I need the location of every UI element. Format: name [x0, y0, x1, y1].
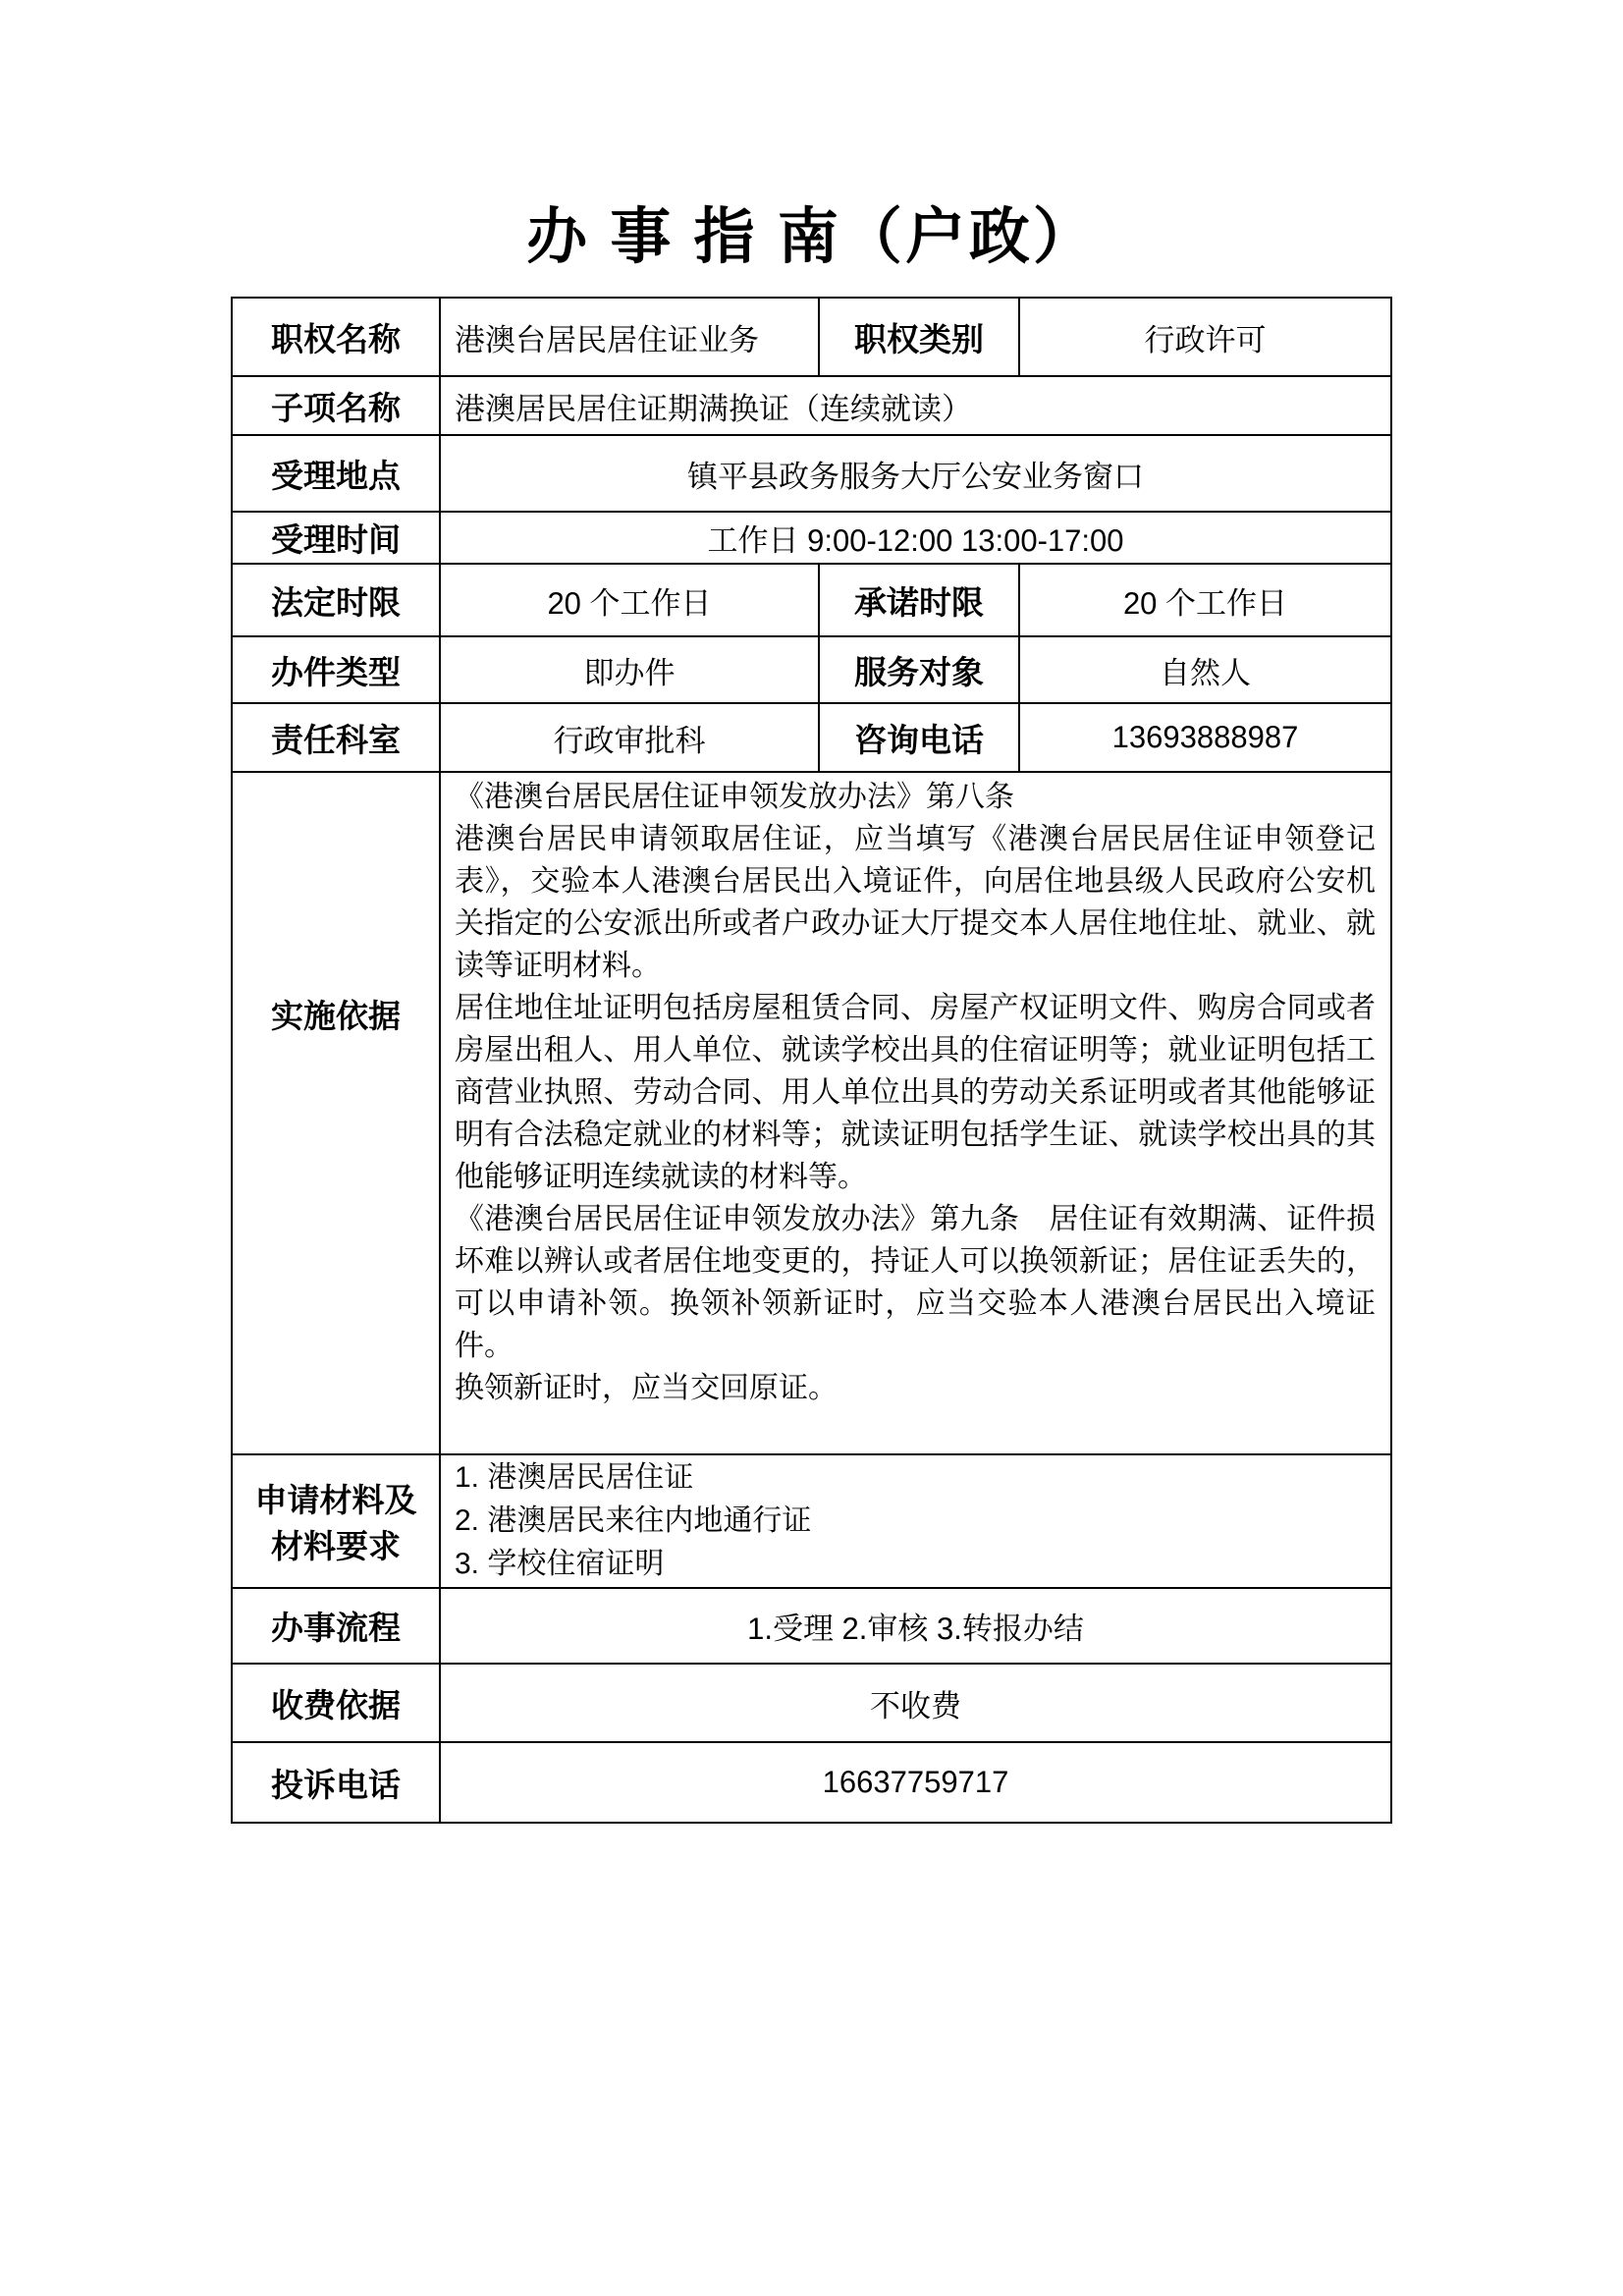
- statutory-limit-value: 20 个工作日: [440, 564, 819, 636]
- promised-limit-value: 20 个工作日: [1019, 564, 1391, 636]
- table-row: 职权名称 港澳台居民居住证业务 职权类别 行政许可: [232, 298, 1391, 376]
- fee-basis-label: 收费依据: [232, 1664, 440, 1742]
- guide-table: 职权名称 港澳台居民居住证业务 职权类别 行政许可 子项名称 港澳居民居住证期满…: [231, 297, 1392, 1824]
- accept-time-label: 受理时间: [232, 512, 440, 564]
- basis-paragraph: 换领新证时，应当交回原证。: [455, 1367, 1376, 1409]
- table-row: 责任科室 行政审批科 咨询电话 13693888987: [232, 703, 1391, 772]
- basis-paragraph: 《港澳台居民居住证申领发放办法》第九条 居住证有效期满、证件损坏难以辨认或者居住…: [455, 1198, 1376, 1367]
- complaint-phone-label: 投诉电话: [232, 1742, 440, 1823]
- table-row: 收费依据 不收费: [232, 1664, 1391, 1742]
- service-target-label: 服务对象: [819, 636, 1019, 703]
- table-row: 受理时间 工作日 9:00-12:00 13:00-17:00: [232, 512, 1391, 564]
- application-materials-label: 申请材料及材料要求: [232, 1454, 440, 1588]
- statutory-limit-label: 法定时限: [232, 564, 440, 636]
- accept-location-label: 受理地点: [232, 435, 440, 512]
- power-type-label: 职权类别: [819, 298, 1019, 376]
- implementation-basis-label: 实施依据: [232, 772, 440, 1454]
- service-target-value: 自然人: [1019, 636, 1391, 703]
- accept-time-value: 工作日 9:00-12:00 13:00-17:00: [440, 512, 1391, 564]
- basis-paragraph: 居住地住址证明包括房屋租赁合同、房屋产权证明文件、购房合同或者房屋出租人、用人单…: [455, 987, 1376, 1198]
- table-row: 投诉电话 16637759717: [232, 1742, 1391, 1823]
- accept-location-value: 镇平县政务服务大厅公安业务窗口: [440, 435, 1391, 512]
- basis-paragraph: 《港澳台居民居住证申领发放办法》第八条: [455, 776, 1376, 818]
- process-flow-value: 1.受理 2.审核 3.转报办结: [440, 1588, 1391, 1664]
- responsible-dept-value: 行政审批科: [440, 703, 819, 772]
- complaint-phone-value: 16637759717: [440, 1742, 1391, 1823]
- subitem-name-value: 港澳居民居住证期满换证（连续就读）: [440, 376, 1391, 435]
- consult-phone-value: 13693888987: [1019, 703, 1391, 772]
- responsible-dept-label: 责任科室: [232, 703, 440, 772]
- handling-type-value: 即办件: [440, 636, 819, 703]
- table-row: 办件类型 即办件 服务对象 自然人: [232, 636, 1391, 703]
- table-row: 子项名称 港澳居民居住证期满换证（连续就读）: [232, 376, 1391, 435]
- material-item: 1. 港澳居民居住证: [455, 1456, 1377, 1500]
- consult-phone-label: 咨询电话: [819, 703, 1019, 772]
- implementation-basis-content: 《港澳台居民居住证申领发放办法》第八条 港澳台居民申请领取居住证，应当填写《港澳…: [440, 772, 1391, 1454]
- table-row: 法定时限 20 个工作日 承诺时限 20 个工作日: [232, 564, 1391, 636]
- basis-paragraph: 港澳台居民申请领取居住证，应当填写《港澳台居民居住证申领登记表》，交验本人港澳台…: [455, 818, 1376, 987]
- table-row: 申请材料及材料要求 1. 港澳居民居住证 2. 港澳居民来往内地通行证 3. 学…: [232, 1454, 1391, 1588]
- table-row: 实施依据 《港澳台居民居住证申领发放办法》第八条 港澳台居民申请领取居住证，应当…: [232, 772, 1391, 1454]
- page-title: 办 事 指 南（户政）: [0, 202, 1623, 272]
- material-item: 3. 学校住宿证明: [455, 1543, 1377, 1586]
- table-row: 受理地点 镇平县政务服务大厅公安业务窗口: [232, 435, 1391, 512]
- power-name-label: 职权名称: [232, 298, 440, 376]
- table-row: 办事流程 1.受理 2.审核 3.转报办结: [232, 1588, 1391, 1664]
- application-materials-list: 1. 港澳居民居住证 2. 港澳居民来往内地通行证 3. 学校住宿证明: [440, 1454, 1391, 1588]
- handling-type-label: 办件类型: [232, 636, 440, 703]
- power-type-value: 行政许可: [1019, 298, 1391, 376]
- material-item: 2. 港澳居民来往内地通行证: [455, 1500, 1377, 1543]
- power-name-value: 港澳台居民居住证业务: [440, 298, 819, 376]
- fee-basis-value: 不收费: [440, 1664, 1391, 1742]
- promised-limit-label: 承诺时限: [819, 564, 1019, 636]
- subitem-name-label: 子项名称: [232, 376, 440, 435]
- process-flow-label: 办事流程: [232, 1588, 440, 1664]
